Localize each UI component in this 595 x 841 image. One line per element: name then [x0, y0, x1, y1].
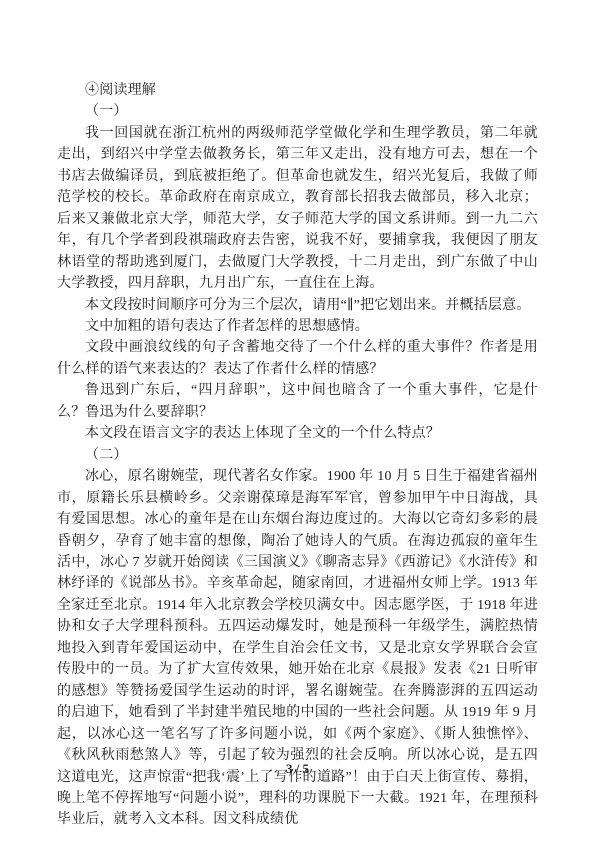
section-heading: ④阅读理解 [57, 80, 538, 101]
part-one-passage: 我一回国就在浙江杭州的两级师范学堂做化学和生理学教员，第二年就走出，到绍兴中学堂… [57, 123, 538, 295]
page-number: 3 / 5 [0, 761, 595, 777]
part-one-question-5: 本文段在语言文字的表达上体现了全文的一个什么特点？ [57, 423, 538, 444]
part-one-question-3: 文段中画浪纹线的句子含蓄地交待了一个什么样的重大事件？作者是用什么样的语气来表达… [57, 337, 538, 380]
part-one-label: （一） [57, 101, 538, 122]
part-two-label: （二） [57, 445, 538, 466]
document-body: ④阅读理解 （一） 我一回国就在浙江杭州的两级师范学堂做化学和生理学教员，第二年… [57, 80, 538, 831]
part-one-question-2: 文中加粗的语句表达了作者怎样的思想感情。 [57, 316, 538, 337]
part-one-question-1: 本文段按时间顺序可分为三个层次，请用“∥”把它划出来。并概括层意。 [57, 295, 538, 316]
part-one-question-4: 鲁迅到广东后，“四月辞职”，这中间也暗含了一个重大事件，它是什么？鲁迅为什么要辞… [57, 380, 538, 423]
document-page: ④阅读理解 （一） 我一回国就在浙江杭州的两级师范学堂做化学和生理学教员，第二年… [0, 0, 595, 841]
